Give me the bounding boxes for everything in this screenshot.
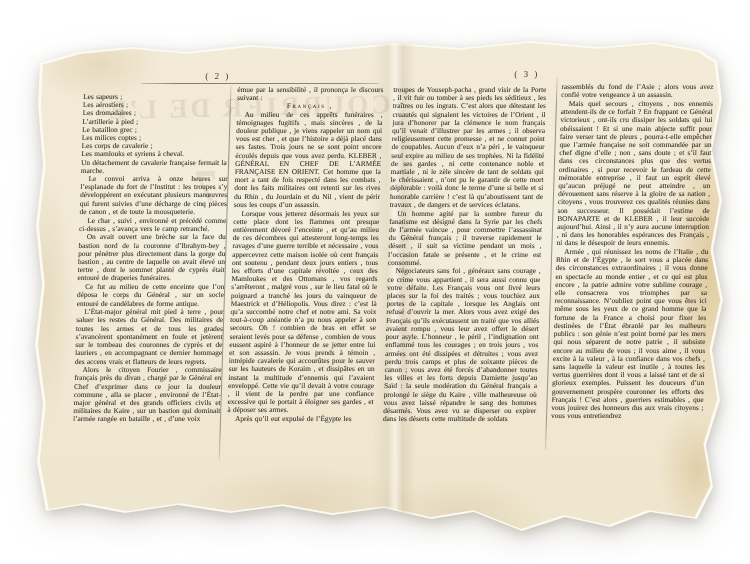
body-paragraph: Négociateurs sans foi , généraux sans co… (383, 267, 541, 423)
right-page-column-2: rassemblés du fond de l’Asie ; alors vou… (550, 83, 713, 447)
body-paragraph: Armée , qui réunissez les noms de l’Ital… (551, 248, 708, 420)
body-paragraph: troupes de Youseph-pacha , grand visir d… (390, 86, 547, 209)
paper-sheet: COURRIER DE L’ÉGYPTE. 7 ( 2 ) Les sapeur… (0, 0, 750, 564)
page-number-3: ( 3 ) (504, 69, 550, 79)
body-paragraph: rassemblés du fond de l’Asie ; alors vou… (561, 83, 714, 99)
body-paragraph: Mais quel secours , citoyens , nos ennem… (556, 100, 713, 248)
body-paragraph: Un homme agité par la sombre fureur du f… (388, 210, 543, 267)
photo-background: COURRIER DE L’ÉGYPTE. 7 ( 2 ) Les sapeur… (0, 0, 750, 564)
newspaper-spread: COURRIER DE L’ÉGYPTE. 7 ( 2 ) Les sapeur… (0, 0, 750, 564)
right-page: ( 3 ) troupes de Youseph-pacha , grand v… (0, 68, 750, 488)
right-page-column-1: troupes de Youseph-pacha , grand visir d… (382, 86, 546, 450)
